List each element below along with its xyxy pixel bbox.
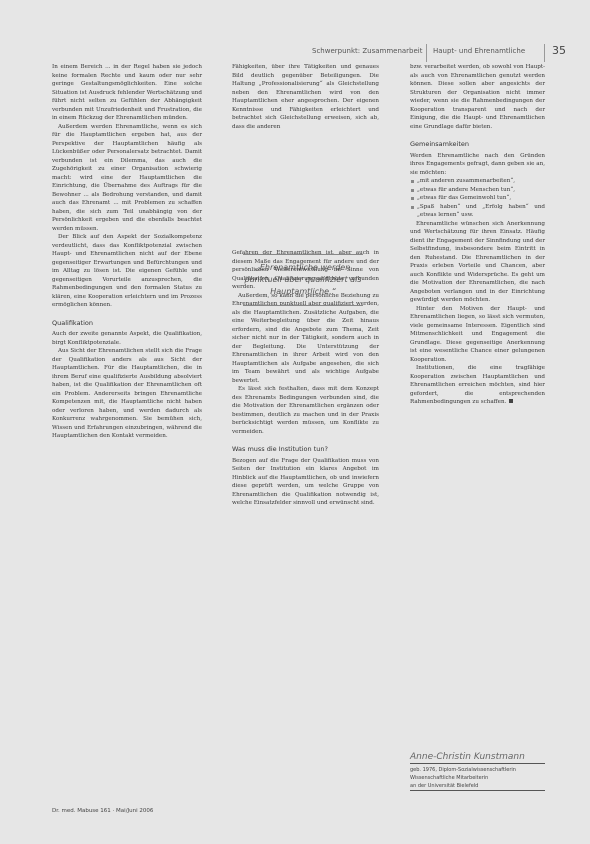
paragraph: Institutionen, die eine tragfähige Koope… [410,364,545,407]
paragraph: Außerdem werden Ehrenamtliche, wenn es s… [52,123,202,234]
paragraph: In einem Bereich ... in der Regel haben … [52,63,202,123]
paragraph: Aus Sicht der Ehrenamtlichen stellt sich… [52,347,202,441]
end-mark-icon [509,399,513,403]
pull-quote-spacer [232,131,379,249]
paragraph: Werden Ehrenamtliche nach den Gründen ih… [410,152,545,178]
page-header: Schwerpunkt: Zusammenarbeit Haupt- und E… [300,44,590,60]
author-box: Anne-Christin Kunstmann geb. 1976, Diplo… [410,752,545,791]
section-heading: Gemeinsamkeiten [410,140,545,149]
paragraph: Der Blick auf den Aspekt der Sozialkompe… [52,233,202,310]
author-info-line: an der Universität Bielefeld [410,782,545,790]
paragraph: Bezogen auf die Frage der Qualifikation … [232,457,379,508]
page-number: 35 [552,44,566,57]
paragraph: Fähigkeiten, über ihre Tätigkeiten und g… [232,63,379,131]
section-heading: Was muss die Institution tun? [232,445,379,454]
section-heading: Qualifikation [52,319,202,328]
magazine-page: Schwerpunkt: Zusammenarbeit Haupt- und E… [0,0,590,844]
header-divider [544,44,545,62]
header-divider [426,44,427,62]
paragraph: Auch der zweite genannte Aspekt, die Qua… [52,330,202,347]
author-info-line: Wissenschaftliche Mitarbeiterin [410,774,545,782]
page-footer: Dr. med. Mabuse 161 · Mai/Juni 2006 [52,808,153,814]
section-title: Schwerpunkt: Zusammenarbeit [312,47,423,55]
list-item: „mit anderen zusammenarbeiten“, [417,177,545,186]
paragraph: Ehrenamtliche wünschen sich Anerkennung … [410,220,545,305]
column-1: In einem Bereich ... in der Regel haben … [52,63,202,441]
paragraph: Hinter den Motiven der Haupt- und Ehrena… [410,305,545,365]
list-item: „Spaß haben“ und „Erfolg haben“ und „etw… [417,203,545,220]
column-3: bzw. verarbeitet werden, ob sowohl von H… [410,63,545,407]
subsection-title: Haupt- und Ehrenamtliche [433,47,525,55]
motives-list: „mit anderen zusammenarbeiten“, „etwas f… [410,177,545,220]
list-item: „etwas für andere Menschen tun“, [417,186,545,195]
paragraph: Es lässt sich festhalten, dass mit dem K… [232,385,379,436]
list-item: „etwas für das Gemeinwohl tun“, [417,194,545,203]
paragraph: bzw. verarbeitet werden, ob sowohl von H… [410,63,545,131]
author-name: Anne-Christin Kunstmann [410,752,545,764]
pull-quote: „Ehrenamtliche werden punktuell aber qua… [243,254,363,306]
author-info-line: geb. 1976, Diplom-Sozialwissenschaftleri… [410,766,545,774]
author-info: geb. 1976, Diplom-Sozialwissenschaftleri… [410,766,545,791]
closing-text: Institutionen, die eine tragfähige Koope… [410,365,545,405]
